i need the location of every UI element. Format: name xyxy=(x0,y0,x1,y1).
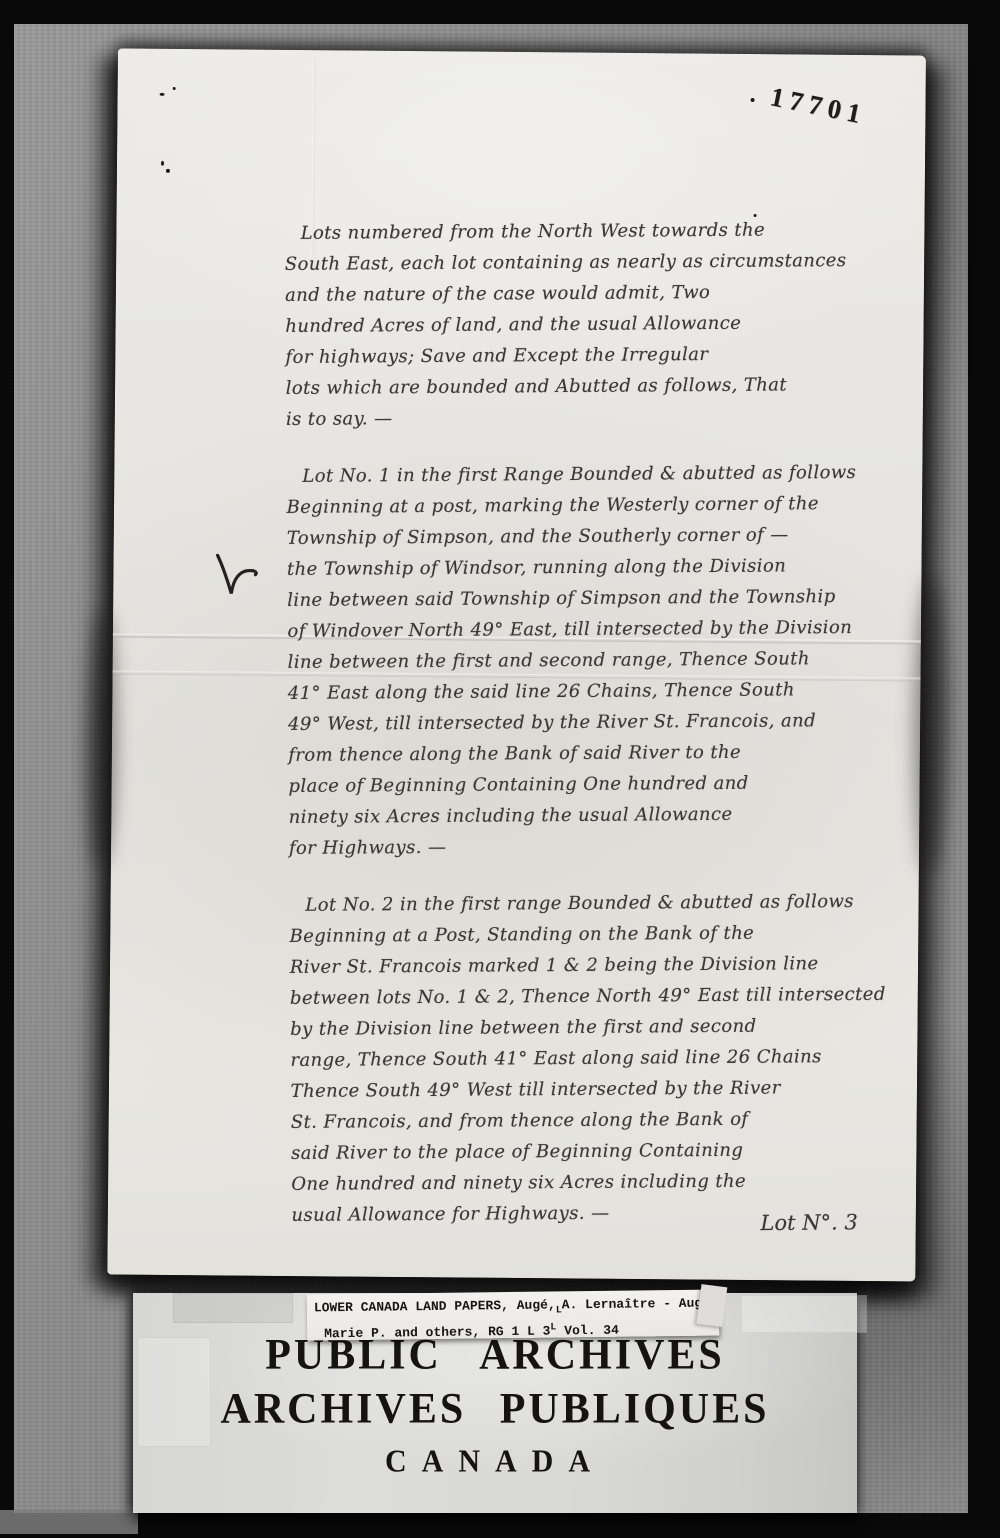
handwritten-line: from thence along the Bank of said River… xyxy=(288,735,956,771)
ink-speck xyxy=(751,98,755,102)
handwritten-line: St. Francois, and from thence along the … xyxy=(291,1102,959,1138)
handwritten-line: the Township of Windsor, running along t… xyxy=(287,549,955,585)
ink-speck xyxy=(160,93,165,96)
handwritten-line: Township of Simpson, and the Southerly c… xyxy=(287,518,955,554)
handwritten-line: is to say. — xyxy=(286,399,954,435)
handwritten-line: Lots numbered from the North West toward… xyxy=(285,213,953,249)
ink-speck xyxy=(161,161,164,166)
tape-patch xyxy=(741,1295,867,1333)
handwritten-line: between lots No. 1 & 2, Thence North 49°… xyxy=(290,978,958,1014)
handwritten-line: range, Thence South 41° East along said … xyxy=(290,1040,958,1076)
handwritten-line: lots which are bounded and Abutted as fo… xyxy=(286,368,954,404)
handwritten-line: Thence South 49° West till intersected b… xyxy=(291,1071,959,1107)
handwritten-line: 49° West, till intersected by the River … xyxy=(288,704,956,740)
handwritten-line: for Highways. — xyxy=(289,828,957,864)
handwritten-line: Lot No. 1 in the first Range Bounded & a… xyxy=(286,456,954,492)
handwritten-line: and the nature of the case would admit, … xyxy=(285,275,953,311)
ink-speck xyxy=(173,87,176,90)
handwritten-line: ninety six Acres including the usual All… xyxy=(289,797,957,833)
handwritten-line: line between the first and second range,… xyxy=(288,642,956,678)
handwritten-paragraph: Lot No. 2 in the first range Bounded & a… xyxy=(289,885,959,1231)
label-fold-corner xyxy=(696,1284,727,1327)
handwritten-line: 41° East along the said line 26 Chains, … xyxy=(288,673,956,709)
photo-background: 17701 Lots numbered from the North West … xyxy=(0,0,1000,1538)
handwritten-line: Beginning at a Post, Standing on the Ban… xyxy=(289,916,957,952)
handwritten-paragraph: Lots numbered from the North West toward… xyxy=(285,213,954,435)
handwritten-line: One hundred and ninety six Acres includi… xyxy=(291,1164,959,1200)
archive-number-stamp: 17701 xyxy=(767,81,869,131)
archives-stamp-line-fr: ARCHIVES PUBLIQUES xyxy=(133,1384,857,1434)
check-mark xyxy=(211,543,264,607)
manuscript-page: 17701 Lots numbered from the North West … xyxy=(107,48,926,1281)
handwriting-block: Lots numbered from the North West toward… xyxy=(285,213,960,1257)
tape-patch xyxy=(173,1293,293,1323)
handwritten-line: River St. Francois marked 1 & 2 being th… xyxy=(290,947,958,983)
handwritten-line: place of Beginning Containing One hundre… xyxy=(288,766,956,802)
handwritten-line: for highways; Save and Except the Irregu… xyxy=(285,337,953,373)
handwritten-line: hundred Acres of land, and the usual All… xyxy=(285,306,953,342)
catalog-label: LOWER CANADA LAND PAPERS, Augé,LA. Lerna… xyxy=(307,1289,720,1340)
handwritten-line: line between said Township of Simpson an… xyxy=(287,580,955,616)
handwritten-line: South East, each lot containing as nearl… xyxy=(285,244,953,280)
handwritten-line: Lot No. 2 in the first range Bounded & a… xyxy=(289,885,957,921)
handwritten-line: said River to the place of Beginning Con… xyxy=(291,1133,959,1169)
catalog-label-text: Vol. 34 xyxy=(556,1323,619,1339)
handwritten-paragraph: Lot No. 1 in the first Range Bounded & a… xyxy=(286,456,957,864)
catalog-label-text: Marie P. and others, RG 1 L 3 xyxy=(324,1324,550,1342)
handwritten-line: Beginning at a post, marking the Westerl… xyxy=(286,487,954,523)
ink-speck xyxy=(166,169,170,173)
handwritten-line: of Windover North 49° East, till interse… xyxy=(287,611,955,647)
archives-stamp-line-canada: CANADA xyxy=(133,1444,857,1479)
lot3-heading: Lot N°. 3 xyxy=(548,1210,858,1237)
catalog-label-text: LOWER CANADA LAND PAPERS, Augé, xyxy=(314,1297,556,1315)
handwritten-line: by the Division line between the first a… xyxy=(290,1009,958,1045)
mat-footer-patch xyxy=(0,1510,138,1534)
